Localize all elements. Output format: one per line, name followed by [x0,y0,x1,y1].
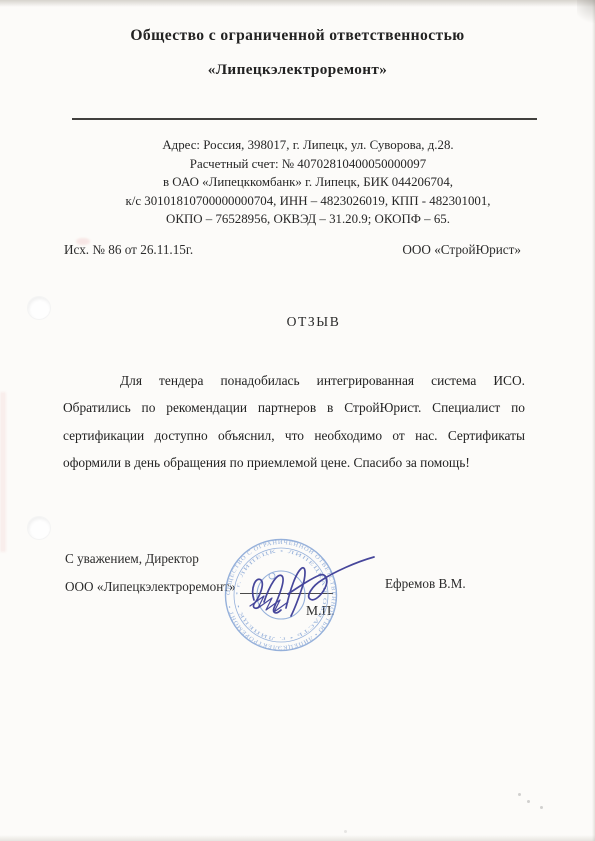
letterhead-org-type: Общество с ограниченной ответственностью [0,27,595,45]
scan-speck [527,800,530,803]
document-title: ОТЗЫВ [0,314,595,330]
scan-shadow-bottom [0,835,595,841]
body-paragraph: Для тендера понадобилась интегрированная… [63,367,525,477]
requisite-line-okpo: ОКПО – 76528956, ОКВЭД – 31.20.9; ОКОПФ … [48,210,568,229]
requisite-line-address: Адрес: Россия, 398017, г. Липецк, ул. Су… [48,136,568,155]
addressee: ООО «СтройЮрист» [402,242,521,258]
requisite-line-bank: в ОАО «Липецккомбанк» г. Липецк, БИК 044… [48,173,568,192]
handwritten-signature [232,542,382,632]
hole-punch-bottom [27,516,51,540]
requisites-block: Адрес: Россия, 398017, г. Липецк, ул. Су… [48,136,568,229]
scan-corner-shade [577,0,595,26]
closing-salutation: С уважением, Директор [65,551,199,567]
scan-speck [344,830,347,833]
scan-speck [540,806,543,809]
scan-smudge [0,392,6,552]
outgoing-number: Исх. № 86 от 26.11.15г. [64,242,193,258]
requisite-line-account: Расчетный счет: № 40702810400050000097 [48,155,568,174]
letterhead-org-name: «Липецкэлектроремонт» [0,61,595,79]
requisite-line-inn-kpp: к/с 30101810700000000704, ИНН – 48230260… [48,192,568,211]
letterhead-divider [72,118,537,120]
scanned-letter-page: Общество с ограниченной ответственностью… [0,0,595,841]
closing-org: ООО «Липецкэлектроремонт» [65,579,236,595]
scan-speck [518,793,521,796]
signer-name: Ефремов В.М. [385,576,466,592]
scan-shadow-top [0,0,595,7]
